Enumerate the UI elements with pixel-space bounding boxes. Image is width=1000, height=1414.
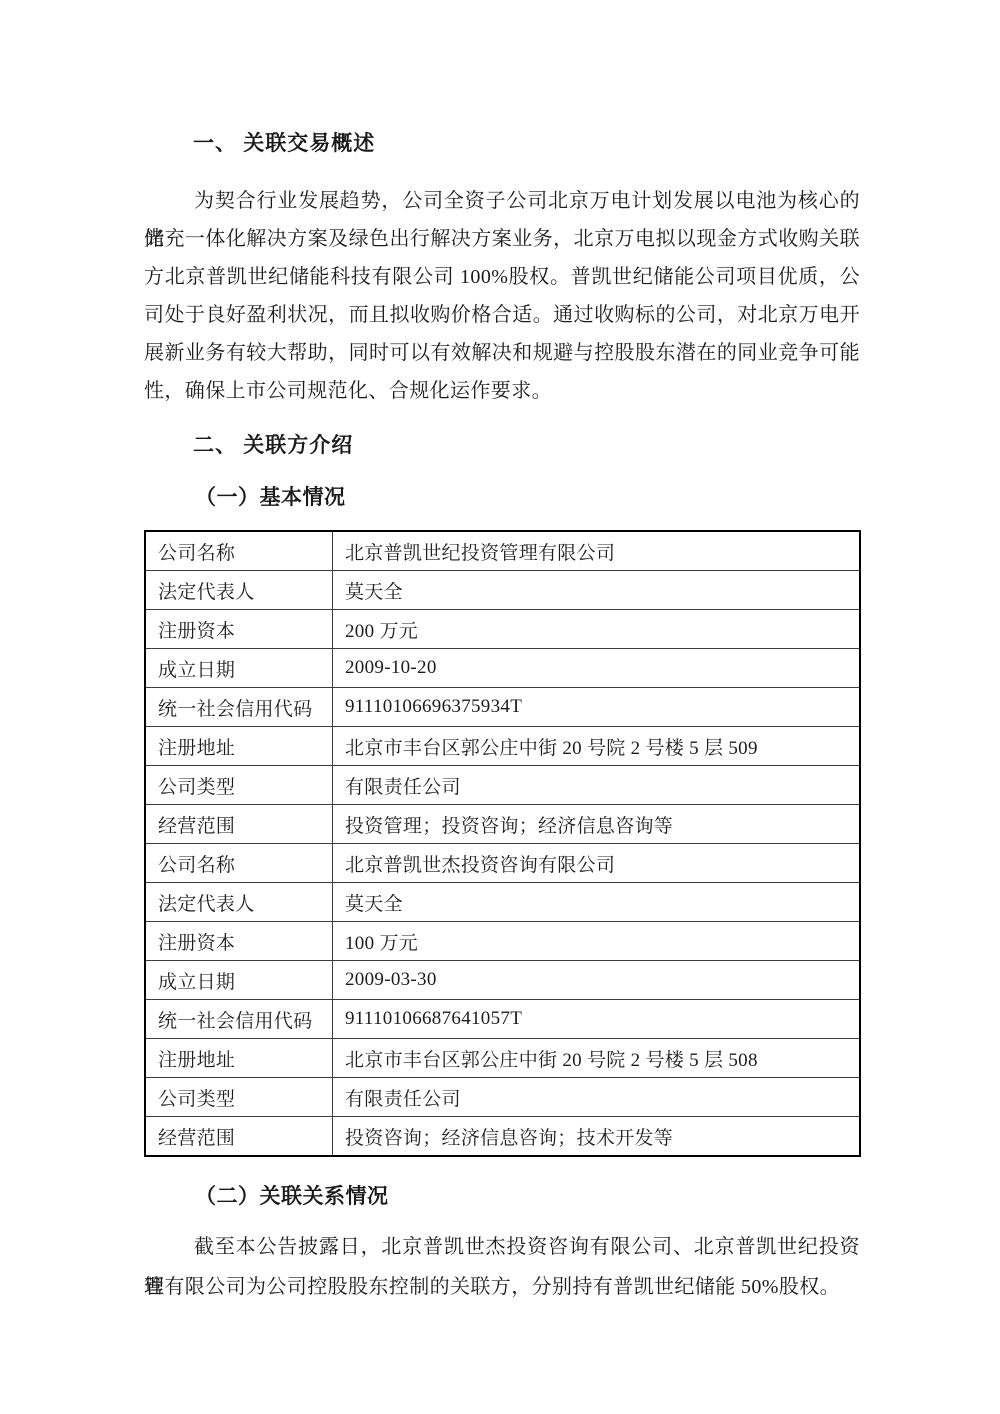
paragraph-line: 性，确保上市公司规范化、合规化运作要求。: [144, 372, 860, 410]
table-row: 成立日期2009-03-30: [145, 961, 860, 1000]
field-label-cell: 注册地址: [145, 1039, 333, 1078]
document-page: 一、 关联交易概述 为契合行业发展趋势，公司全资子公司北京万电计划发展以电池为核…: [0, 0, 1000, 1414]
field-label-cell: 公司类型: [145, 1078, 333, 1117]
paragraph-line: 储充一体化解决方案及绿色出行解决方案业务，北京万电拟以现金方式收购关联: [144, 220, 860, 258]
table-row: 统一社会信用代码91110106696375934T: [145, 688, 860, 727]
table-row: 注册地址北京市丰台区郭公庄中街 20 号院 2 号楼 5 层 509: [145, 727, 860, 766]
table-row: 法定代表人莫天全: [145, 571, 860, 610]
field-value-cell: 有限责任公司: [333, 1078, 861, 1117]
section-2-1-heading: （一）基本情况: [144, 486, 860, 508]
field-label-cell: 注册地址: [145, 727, 333, 766]
paragraph-line: 展新业务有较大帮助，同时可以有效解决和规避与控股股东潜在的同业竞争可能: [144, 334, 860, 372]
paragraph-line: 截至本公告披露日，北京普凯世杰投资咨询有限公司、北京普凯世纪投资管: [144, 1227, 860, 1267]
table-row: 公司类型有限责任公司: [145, 766, 860, 805]
field-label-cell: 成立日期: [145, 649, 333, 688]
relationship-paragraph: 截至本公告披露日，北京普凯世杰投资咨询有限公司、北京普凯世纪投资管 理有限公司为…: [144, 1227, 860, 1307]
document-content: 一、 关联交易概述 为契合行业发展趋势，公司全资子公司北京万电计划发展以电池为核…: [0, 0, 1000, 1307]
field-value-cell: 有限责任公司: [333, 766, 861, 805]
field-value-cell: 投资咨询；经济信息咨询；技术开发等: [333, 1117, 861, 1157]
field-value-cell: 2009-10-20: [333, 649, 861, 688]
table-row: 公司名称北京普凯世杰投资咨询有限公司: [145, 844, 860, 883]
field-value-cell: 2009-03-30: [333, 961, 861, 1000]
field-value-cell: 200 万元: [333, 610, 861, 649]
field-label-cell: 经营范围: [145, 1117, 333, 1157]
field-value-cell: 莫天全: [333, 883, 861, 922]
basic-info-table: 公司名称北京普凯世纪投资管理有限公司 法定代表人莫天全 注册资本200 万元 成…: [144, 530, 861, 1157]
table-row: 注册地址北京市丰台区郭公庄中街 20 号院 2 号楼 5 层 508: [145, 1039, 860, 1078]
field-value-cell: 北京普凯世纪投资管理有限公司: [333, 531, 861, 571]
section-1-heading: 一、 关联交易概述: [144, 132, 860, 154]
paragraph-line: 司处于良好盈利状况，而且拟收购价格合适。通过收购标的公司，对北京万电开: [144, 296, 860, 334]
table-row: 成立日期2009-10-20: [145, 649, 860, 688]
field-value-cell: 91110106696375934T: [333, 688, 861, 727]
field-value-cell: 投资管理；投资咨询；经济信息咨询等: [333, 805, 861, 844]
field-label-cell: 注册资本: [145, 922, 333, 961]
field-label-cell: 经营范围: [145, 805, 333, 844]
field-label-cell: 公司类型: [145, 766, 333, 805]
field-value-cell: 北京普凯世杰投资咨询有限公司: [333, 844, 861, 883]
section-2-2-heading: （二）关联关系情况: [144, 1185, 860, 1207]
overview-paragraph: 为契合行业发展趋势，公司全资子公司北京万电计划发展以电池为核心的光 储充一体化解…: [144, 182, 860, 410]
field-label-cell: 公司名称: [145, 844, 333, 883]
section-2-heading: 二、 关联方介绍: [144, 434, 860, 456]
field-value-cell: 100 万元: [333, 922, 861, 961]
table-row: 公司类型有限责任公司: [145, 1078, 860, 1117]
paragraph-line: 为契合行业发展趋势，公司全资子公司北京万电计划发展以电池为核心的光: [144, 182, 860, 220]
field-label-cell: 统一社会信用代码: [145, 688, 333, 727]
table-row: 经营范围投资咨询；经济信息咨询；技术开发等: [145, 1117, 860, 1157]
table-row: 统一社会信用代码91110106687641057T: [145, 1000, 860, 1039]
table-row: 公司名称北京普凯世纪投资管理有限公司: [145, 531, 860, 571]
table-row: 法定代表人莫天全: [145, 883, 860, 922]
field-label-cell: 公司名称: [145, 531, 333, 571]
field-value-cell: 北京市丰台区郭公庄中街 20 号院 2 号楼 5 层 508: [333, 1039, 861, 1078]
table-row: 注册资本100 万元: [145, 922, 860, 961]
table-row: 经营范围投资管理；投资咨询；经济信息咨询等: [145, 805, 860, 844]
field-label-cell: 成立日期: [145, 961, 333, 1000]
basic-info-table-body: 公司名称北京普凯世纪投资管理有限公司 法定代表人莫天全 注册资本200 万元 成…: [145, 531, 860, 1156]
field-label-cell: 统一社会信用代码: [145, 1000, 333, 1039]
field-value-cell: 91110106687641057T: [333, 1000, 861, 1039]
paragraph-line: 方北京普凯世纪储能科技有限公司 100%股权。普凯世纪储能公司项目优质，公: [144, 258, 860, 296]
field-value-cell: 北京市丰台区郭公庄中街 20 号院 2 号楼 5 层 509: [333, 727, 861, 766]
field-label-cell: 法定代表人: [145, 571, 333, 610]
field-value-cell: 莫天全: [333, 571, 861, 610]
table-row: 注册资本200 万元: [145, 610, 860, 649]
paragraph-line: 理有限公司为公司控股股东控制的关联方，分别持有普凯世纪储能 50%股权。: [144, 1267, 860, 1307]
field-label-cell: 注册资本: [145, 610, 333, 649]
field-label-cell: 法定代表人: [145, 883, 333, 922]
